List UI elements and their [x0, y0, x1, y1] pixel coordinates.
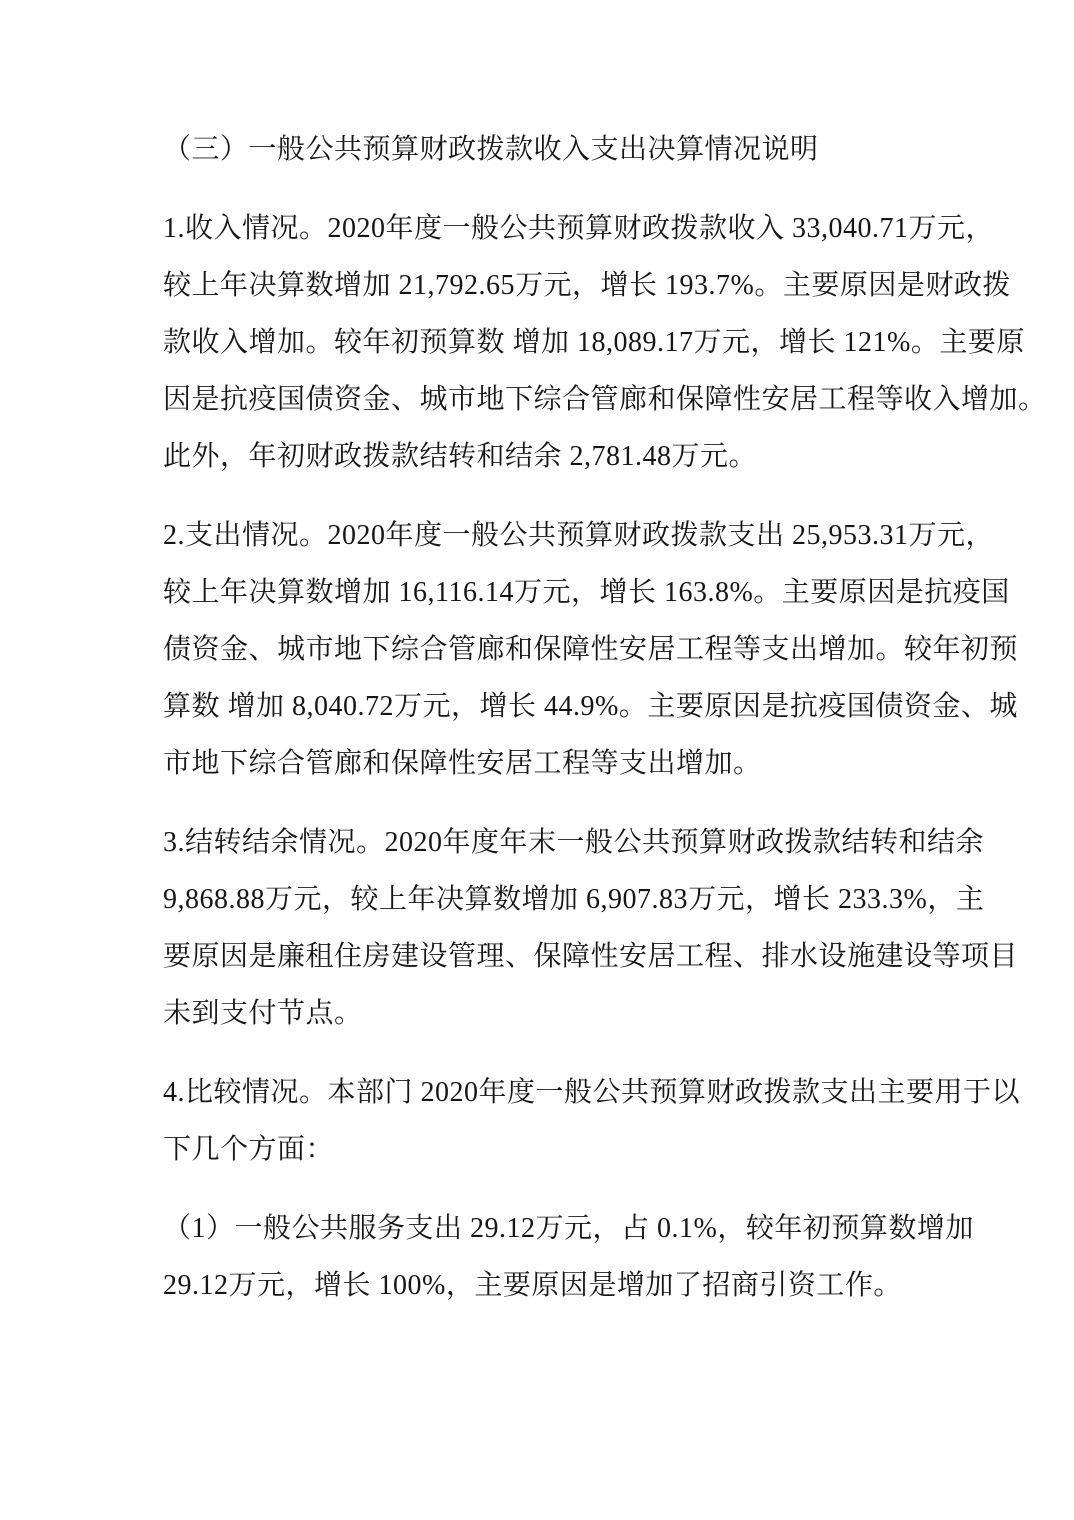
text-line: 款收入增加。较年初预算数 增加 18,089.17万元，增长 121%。主要原: [163, 314, 936, 371]
text-line: 下几个方面：: [163, 1121, 936, 1178]
text-line: 9,868.88万元，较上年决算数增加 6,907.83万元，增长 233.3%…: [163, 871, 936, 928]
text-line: 债资金、城市地下综合管廊和保障性安居工程等支出增加。较年初预: [163, 621, 936, 678]
text-line: 较上年决算数增加 16,116.14万元，增长 163.8%。主要原因是抗疫国: [163, 564, 936, 621]
text-line: 要原因是廉租住房建设管理、保障性安居工程、排水设施建设等项目: [163, 928, 936, 985]
text-line: 1.收入情况。2020年度一般公共预算财政拨款收入 33,040.71万元，: [163, 200, 936, 257]
paragraph-expenditure-status: 2.支出情况。2020年度一般公共预算财政拨款支出 25,953.31万元， 较…: [163, 507, 936, 792]
text-line: 2.支出情况。2020年度一般公共预算财政拨款支出 25,953.31万元，: [163, 507, 936, 564]
text-line: 此外，年初财政拨款结转和结余 2,781.48万元。: [163, 428, 936, 485]
text-line: 较上年决算数增加 21,792.65万元，增长 193.7%。主要原因是财政拨: [163, 257, 936, 314]
text-line: 算数 增加 8,040.72万元，增长 44.9%。主要原因是抗疫国债资金、城: [163, 678, 936, 735]
paragraph-income-status: 1.收入情况。2020年度一般公共预算财政拨款收入 33,040.71万元， 较…: [163, 200, 936, 485]
text-line: （1）一般公共服务支出 29.12万元，占 0.1%，较年初预算数增加: [163, 1200, 936, 1257]
text-line: 3.结转结余情况。2020年度年末一般公共预算财政拨款结转和结余: [163, 814, 936, 871]
paragraph-carryover-status: 3.结转结余情况。2020年度年末一般公共预算财政拨款结转和结余 9,868.8…: [163, 814, 936, 1042]
text-line: 市地下综合管廊和保障性安居工程等支出增加。: [163, 735, 936, 792]
text-line: 因是抗疫国债资金、城市地下综合管廊和保障性安居工程等收入增加。: [163, 371, 936, 428]
paragraph-general-public-service: （1）一般公共服务支出 29.12万元，占 0.1%，较年初预算数增加 29.1…: [163, 1200, 936, 1314]
text-line: 未到支付节点。: [163, 985, 936, 1042]
document-page: （三）一般公共预算财政拨款收入支出决算情况说明 1.收入情况。2020年度一般公…: [0, 0, 1074, 1520]
section-heading: （三）一般公共预算财政拨款收入支出决算情况说明: [163, 121, 936, 178]
paragraph-comparison-status: 4.比较情况。本部门 2020年度一般公共预算财政拨款支出主要用于以 下几个方面…: [163, 1064, 936, 1178]
text-line: 4.比较情况。本部门 2020年度一般公共预算财政拨款支出主要用于以: [163, 1064, 936, 1121]
text-line: 29.12万元，增长 100%，主要原因是增加了招商引资工作。: [163, 1257, 936, 1314]
